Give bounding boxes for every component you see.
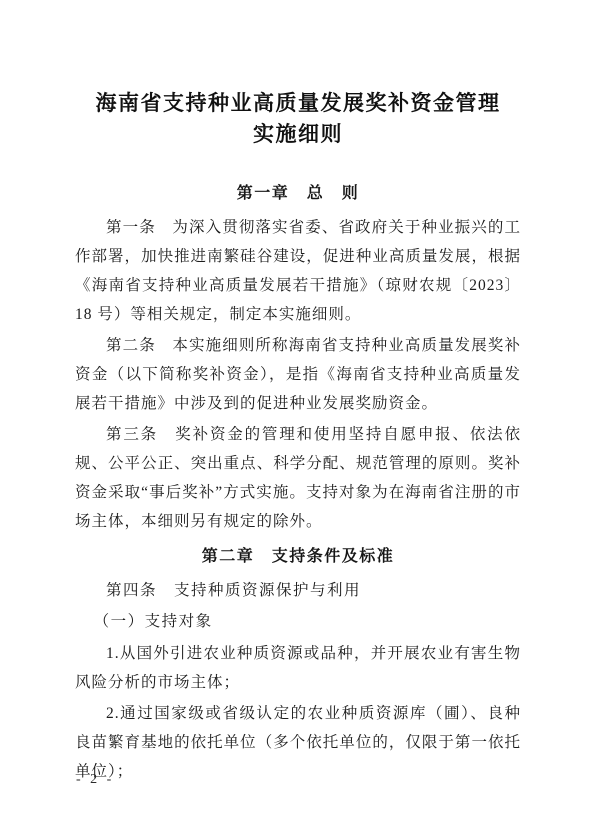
article-4-subheading-support-targets: （一）支持对象 xyxy=(75,607,521,637)
chapter2-heading: 第二章 支持条件及标准 xyxy=(75,546,521,568)
article-3-paragraph: 第三条 奖补资金的管理和使用坚持自愿申报、依法依规、公平公正、突出重点、科学分配… xyxy=(75,420,521,536)
page-number: - 2 - xyxy=(76,772,114,788)
document-title-line2: 实施细则 xyxy=(75,119,521,150)
chapter1-heading: 第一章 总 则 xyxy=(75,183,521,205)
support-target-item-2: 2.通过国家级或省级认定的农业种质资源库（圃）、良种良苗繁育基地的依托单位（多个… xyxy=(75,699,521,786)
article-2-paragraph: 第二条 本实施细则所称海南省支持种业高质量发展奖补资金（以下简称奖补资金），是指… xyxy=(75,331,521,418)
article-4-heading: 第四条 支持种质资源保护与利用 xyxy=(75,576,521,606)
article-1-paragraph: 第一条 为深入贯彻落实省委、省政府关于种业振兴的工作部署，加快推进南繁硅谷建设，… xyxy=(75,213,521,329)
document-title: 海南省支持种业高质量发展奖补资金管理 实施细则 xyxy=(75,88,521,150)
document-page: 海南省支持种业高质量发展奖补资金管理 实施细则 第一章 总 则 第一条 为深入贯… xyxy=(0,0,591,836)
support-target-item-1: 1.从国外引进农业种质资源或品种，并开展农业有害生物风险分析的市场主体； xyxy=(75,639,521,697)
document-content: 海南省支持种业高质量发展奖补资金管理 实施细则 第一章 总 则 第一条 为深入贯… xyxy=(0,0,591,786)
document-title-line1: 海南省支持种业高质量发展奖补资金管理 xyxy=(75,88,521,119)
